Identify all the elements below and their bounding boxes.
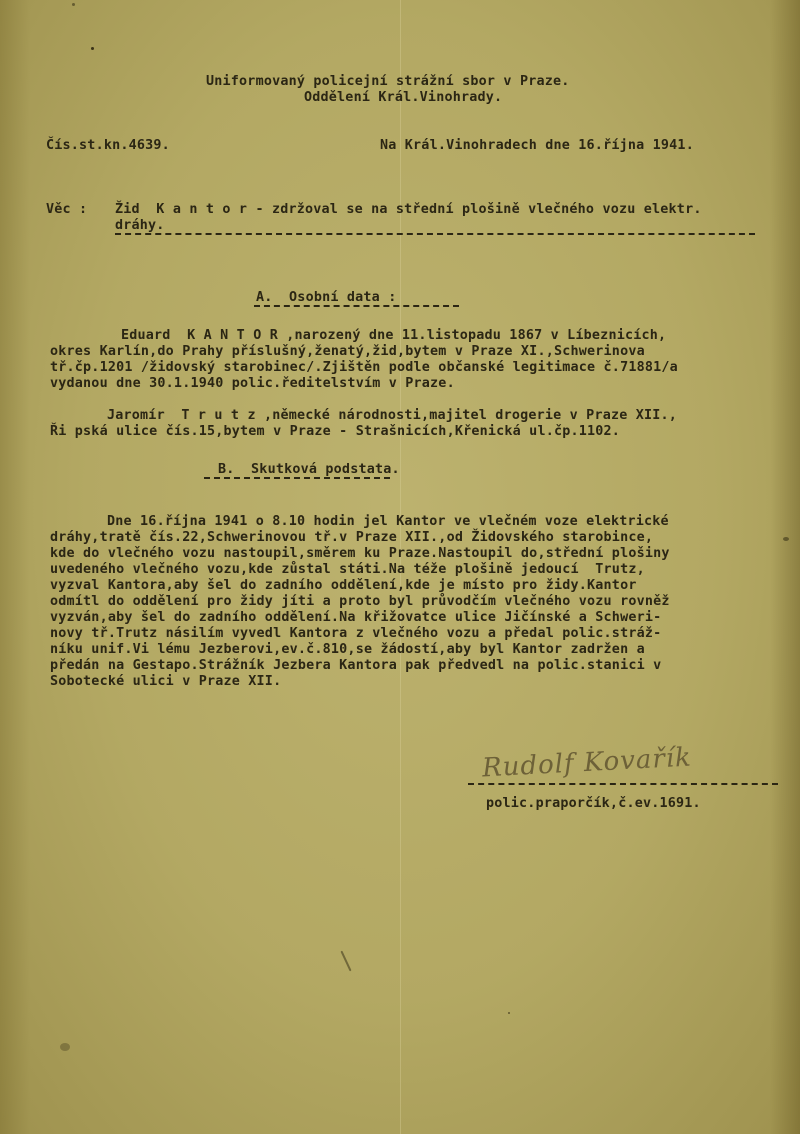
paper-speck [91,47,94,50]
text-line: okres Karlín,do Prahy příslušný,ženatý,ž… [50,344,645,359]
text-line: dráhy,tratě čís.22,Schwerinovou tř.v Pra… [50,530,653,545]
reference-number: Čís.st.kn.4639. [46,138,170,153]
text-line: novy tř.Trutz násilím vyvedl Kantora z v… [50,626,661,641]
department-name: Oddělení Král.Vinohrady. [304,90,502,105]
paper-speck [60,1043,70,1051]
paper-speck [72,3,75,6]
text-line: uvedeného vlečného vozu,kde zůstal státi… [50,562,645,577]
text-line: tř.čp.1201 /židovský starobinec/.Zjištěn… [50,360,678,375]
section-b-title: B. Skutková podstata. [218,462,400,477]
text-line: vyzván,aby šel do zadního oddělení.Na kř… [50,610,661,625]
section-b-underline [204,477,390,479]
paper-speck [508,1012,510,1014]
subject-line-1: Žid K a n t o r - zdržoval se na střední… [115,202,702,217]
section-a-title: A. Osobní data : [256,290,396,305]
subject-underline [115,233,755,235]
subject-line-2: dráhy. [115,218,165,233]
agency-name: Uniformovaný policejní strážní sbor v Pr… [206,74,570,89]
text-line: předán na Gestapo.Strážník Jezbera Kanto… [50,658,661,673]
subject-label: Věc : [46,202,87,217]
text-line: vyzval Kantora,aby šel do zadního odděle… [50,578,637,593]
text-line: kde do vlečného vozu nastoupil,směrem ku… [50,546,670,561]
paper-speck [340,951,351,972]
text-line: vydanou dne 30.1.1940 polic.ředitelstvím… [50,376,455,391]
section-a-underline [254,305,459,307]
text-line: Ři pská ulice čís.15,bytem v Praze - Str… [50,424,620,439]
text-line: Dne 16.října 1941 o 8.10 hodin jel Kanto… [107,514,669,529]
handwritten-signature: Rudolf Kovařík [481,743,692,784]
place-and-date: Na Král.Vinohradech dne 16.října 1941. [380,138,694,153]
text-line: Sobotecké ulici v Praze XII. [50,674,281,689]
signature-typed-title: polic.praporčík,č.ev.1691. [486,796,701,811]
text-line: níku unif.Vi lému Jezberovi,ev.č.810,se … [50,642,645,657]
text-line: Jaromír T r u t z ,německé národnosti,ma… [107,408,677,423]
paper-speck [783,537,789,541]
text-line: Eduard K A N T O R ,narozený dne 11.list… [121,328,666,343]
text-line: odmítl do oddělení pro židy jíti a proto… [50,594,670,609]
signature-line [468,783,778,785]
